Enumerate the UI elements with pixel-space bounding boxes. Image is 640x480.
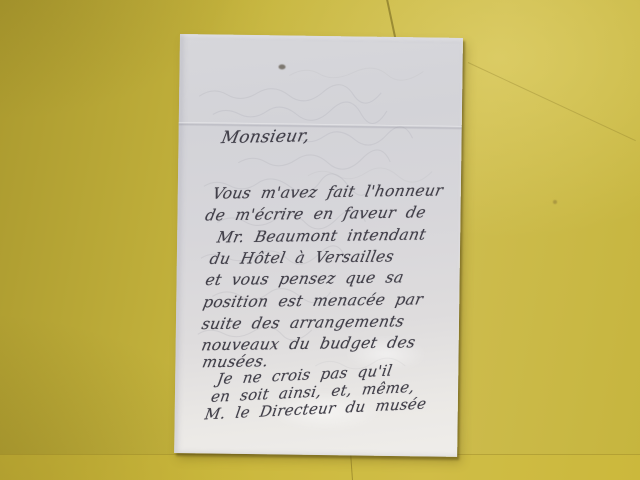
- letter-line: Mr. Beaumont intendant: [215, 226, 427, 247]
- background-crease-top: [386, 0, 396, 39]
- letter-line: de m'écrire en faveur de: [204, 203, 428, 224]
- letter-line: et vous pensez que sa: [204, 268, 406, 289]
- ink-spot: [279, 64, 286, 69]
- letter-line: nouveaux du budget des: [200, 333, 417, 354]
- letter-line: position est menacée par: [202, 290, 425, 311]
- background-surface-seam: [0, 454, 640, 480]
- background-speck: [553, 200, 557, 204]
- letter-paper: Monsieur, Vous m'avez fait l'honneur de …: [174, 34, 463, 457]
- letter-line: du Hôtel à Versailles: [208, 247, 396, 268]
- paper-fold-crease: [179, 122, 462, 130]
- letter-line: suite des arrangements: [200, 312, 406, 333]
- photo-background: Monsieur, Vous m'avez fait l'honneur de …: [0, 0, 640, 480]
- letter-line: Vous m'avez fait l'honneur: [211, 181, 445, 202]
- background-crease-diagonal: [468, 62, 636, 141]
- letter-salutation: Monsieur,: [220, 126, 312, 148]
